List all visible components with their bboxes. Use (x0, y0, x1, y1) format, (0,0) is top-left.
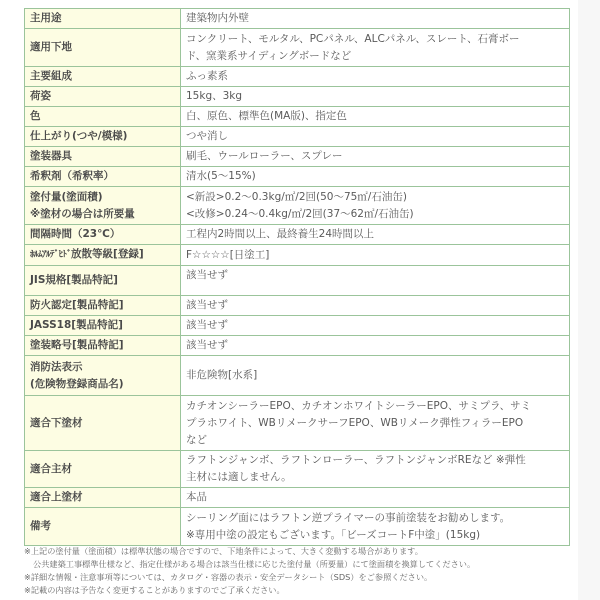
table-row: 主用途 建築物内外壁 (25, 9, 570, 29)
footnotes: ※上記の塗付量（塗面積）は標準状態の場合ですので、下地条件によって、大きく変動す… (24, 545, 584, 597)
table-row: 荷姿 15kg、3kg (25, 87, 570, 107)
row-value-remarks: シーリング面にはラフトン逆プライマーの事前塗装をお勧めします。 ※専用中塗の設定… (181, 508, 570, 546)
row-label-jass18: JASS18[製品特記] (25, 316, 181, 336)
product-spec-page: 主用途 建築物内外壁 適用下地 コンクリート、モルタル、PCパネル、ALCパネル… (0, 0, 600, 600)
row-label-substrate: 適用下地 (25, 29, 181, 67)
row-label-packaging: 荷姿 (25, 87, 181, 107)
table-row: 希釈剤（希釈率） 清水(5〜15%) (25, 167, 570, 187)
row-value-composition: ふっ素系 (181, 67, 570, 87)
table-row: 色 白、原色、標準色(MA版)、指定色 (25, 107, 570, 127)
table-row: 防火認定[製品特記] 該当せず (25, 296, 570, 316)
row-value-main-material: ラフトンジャンボ、ラフトンローラー、ラフトンジャンボREなど ※弾性 主材には適… (181, 451, 570, 488)
footnote-change-notice: ※記載の内容は予告なく変更することがありますのでご了承ください。 (24, 584, 584, 597)
footnote-sds: ※詳細な情報・注意事項等については、カタログ・容器の表示・安全データシート（SD… (24, 571, 584, 584)
row-label-fireproof: 防火認定[製品特記] (25, 296, 181, 316)
table-row: 塗装器具 刷毛、ウールローラー、スプレー (25, 147, 570, 167)
row-value-fireproof: 該当せず (181, 296, 570, 316)
row-label-formaldehyde: ﾎﾙﾑｱﾙﾃﾞﾋﾄﾞ放散等級[登録] (25, 245, 181, 266)
row-label-coating-code: 塗装略号[製品特記] (25, 336, 181, 356)
footnote-coverage: ※上記の塗付量（塗面積）は標準状態の場合ですので、下地条件によって、大きく変動す… (24, 545, 584, 558)
row-label-interval: 間隔時間（23℃） (25, 225, 181, 245)
row-label-color: 色 (25, 107, 181, 127)
row-value-formaldehyde: F☆☆☆☆[日塗工] (181, 245, 570, 266)
row-label-main-material: 適合主材 (25, 451, 181, 488)
table-row: ﾎﾙﾑｱﾙﾃﾞﾋﾄﾞ放散等級[登録] F☆☆☆☆[日塗工] (25, 245, 570, 266)
row-value-coating-code: 該当せず (181, 336, 570, 356)
row-value-fire-law: 非危険物[水系] (181, 356, 570, 396)
row-value-thinner: 清水(5〜15%) (181, 167, 570, 187)
table-row: 塗装略号[製品特記] 該当せず (25, 336, 570, 356)
row-label-main-use: 主用途 (25, 9, 181, 29)
row-value-packaging: 15kg、3kg (181, 87, 570, 107)
row-value-coverage: <新設>0.2〜0.3kg/㎡/2回(50〜75㎡/石油缶) <改修>0.24〜… (181, 187, 570, 225)
row-label-tools: 塗装器具 (25, 147, 181, 167)
row-label-jis: JIS規格[製品特記] (25, 266, 181, 296)
row-value-substrate: コンクリート、モルタル、PCパネル、ALCパネル、スレート、石膏ボー ド、窯業系… (181, 29, 570, 67)
row-label-finish: 仕上がり(つや/模様) (25, 127, 181, 147)
table-row: JIS規格[製品特記] 該当せず (25, 266, 570, 296)
row-label-thinner: 希釈剤（希釈率） (25, 167, 181, 187)
table-row: 適合主材 ラフトンジャンボ、ラフトンローラー、ラフトンジャンボREなど ※弾性 … (25, 451, 570, 488)
page-margin-shade (578, 0, 600, 600)
row-label-undercoat: 適合下塗材 (25, 396, 181, 451)
row-value-color: 白、原色、標準色(MA版)、指定色 (181, 107, 570, 127)
row-label-coverage: 塗付量(塗面積) ※塗材の場合は所要量 (25, 187, 181, 225)
row-value-jass18: 該当せず (181, 316, 570, 336)
row-value-tools: 刷毛、ウールローラー、スプレー (181, 147, 570, 167)
table-row: 適合上塗材 本品 (25, 488, 570, 508)
table-row: JASS18[製品特記] 該当せず (25, 316, 570, 336)
table-row: 主要組成 ふっ素系 (25, 67, 570, 87)
row-label-remarks: 備考 (25, 508, 181, 546)
spec-table: 主用途 建築物内外壁 適用下地 コンクリート、モルタル、PCパネル、ALCパネル… (24, 8, 570, 546)
table-row: 備考 シーリング面にはラフトン逆プライマーの事前塗装をお勧めします。 ※専用中塗… (25, 508, 570, 546)
table-row: 消防法表示 (危険物登録商品名) 非危険物[水系] (25, 356, 570, 396)
row-value-undercoat: カチオンシーラーEPO、カチオンホワイトシーラーEPO、サミプラ、サミ プラホワ… (181, 396, 570, 451)
footnote-public-spec: 公共建築工事標準仕様など、指定仕様がある場合は該当仕様に応じた塗付量（所要量）に… (24, 558, 584, 571)
row-value-finish: つや消し (181, 127, 570, 147)
table-row: 仕上がり(つや/模様) つや消し (25, 127, 570, 147)
table-row: 間隔時間（23℃） 工程内2時間以上、最終養生24時間以上 (25, 225, 570, 245)
row-value-main-use: 建築物内外壁 (181, 9, 570, 29)
row-label-fire-law: 消防法表示 (危険物登録商品名) (25, 356, 181, 396)
row-value-jis: 該当せず (181, 266, 570, 296)
table-row: 適用下地 コンクリート、モルタル、PCパネル、ALCパネル、スレート、石膏ボー … (25, 29, 570, 67)
row-label-topcoat: 適合上塗材 (25, 488, 181, 508)
row-value-interval: 工程内2時間以上、最終養生24時間以上 (181, 225, 570, 245)
row-value-topcoat: 本品 (181, 488, 570, 508)
table-row: 適合下塗材 カチオンシーラーEPO、カチオンホワイトシーラーEPO、サミプラ、サ… (25, 396, 570, 451)
row-label-composition: 主要組成 (25, 67, 181, 87)
table-row: 塗付量(塗面積) ※塗材の場合は所要量 <新設>0.2〜0.3kg/㎡/2回(5… (25, 187, 570, 225)
